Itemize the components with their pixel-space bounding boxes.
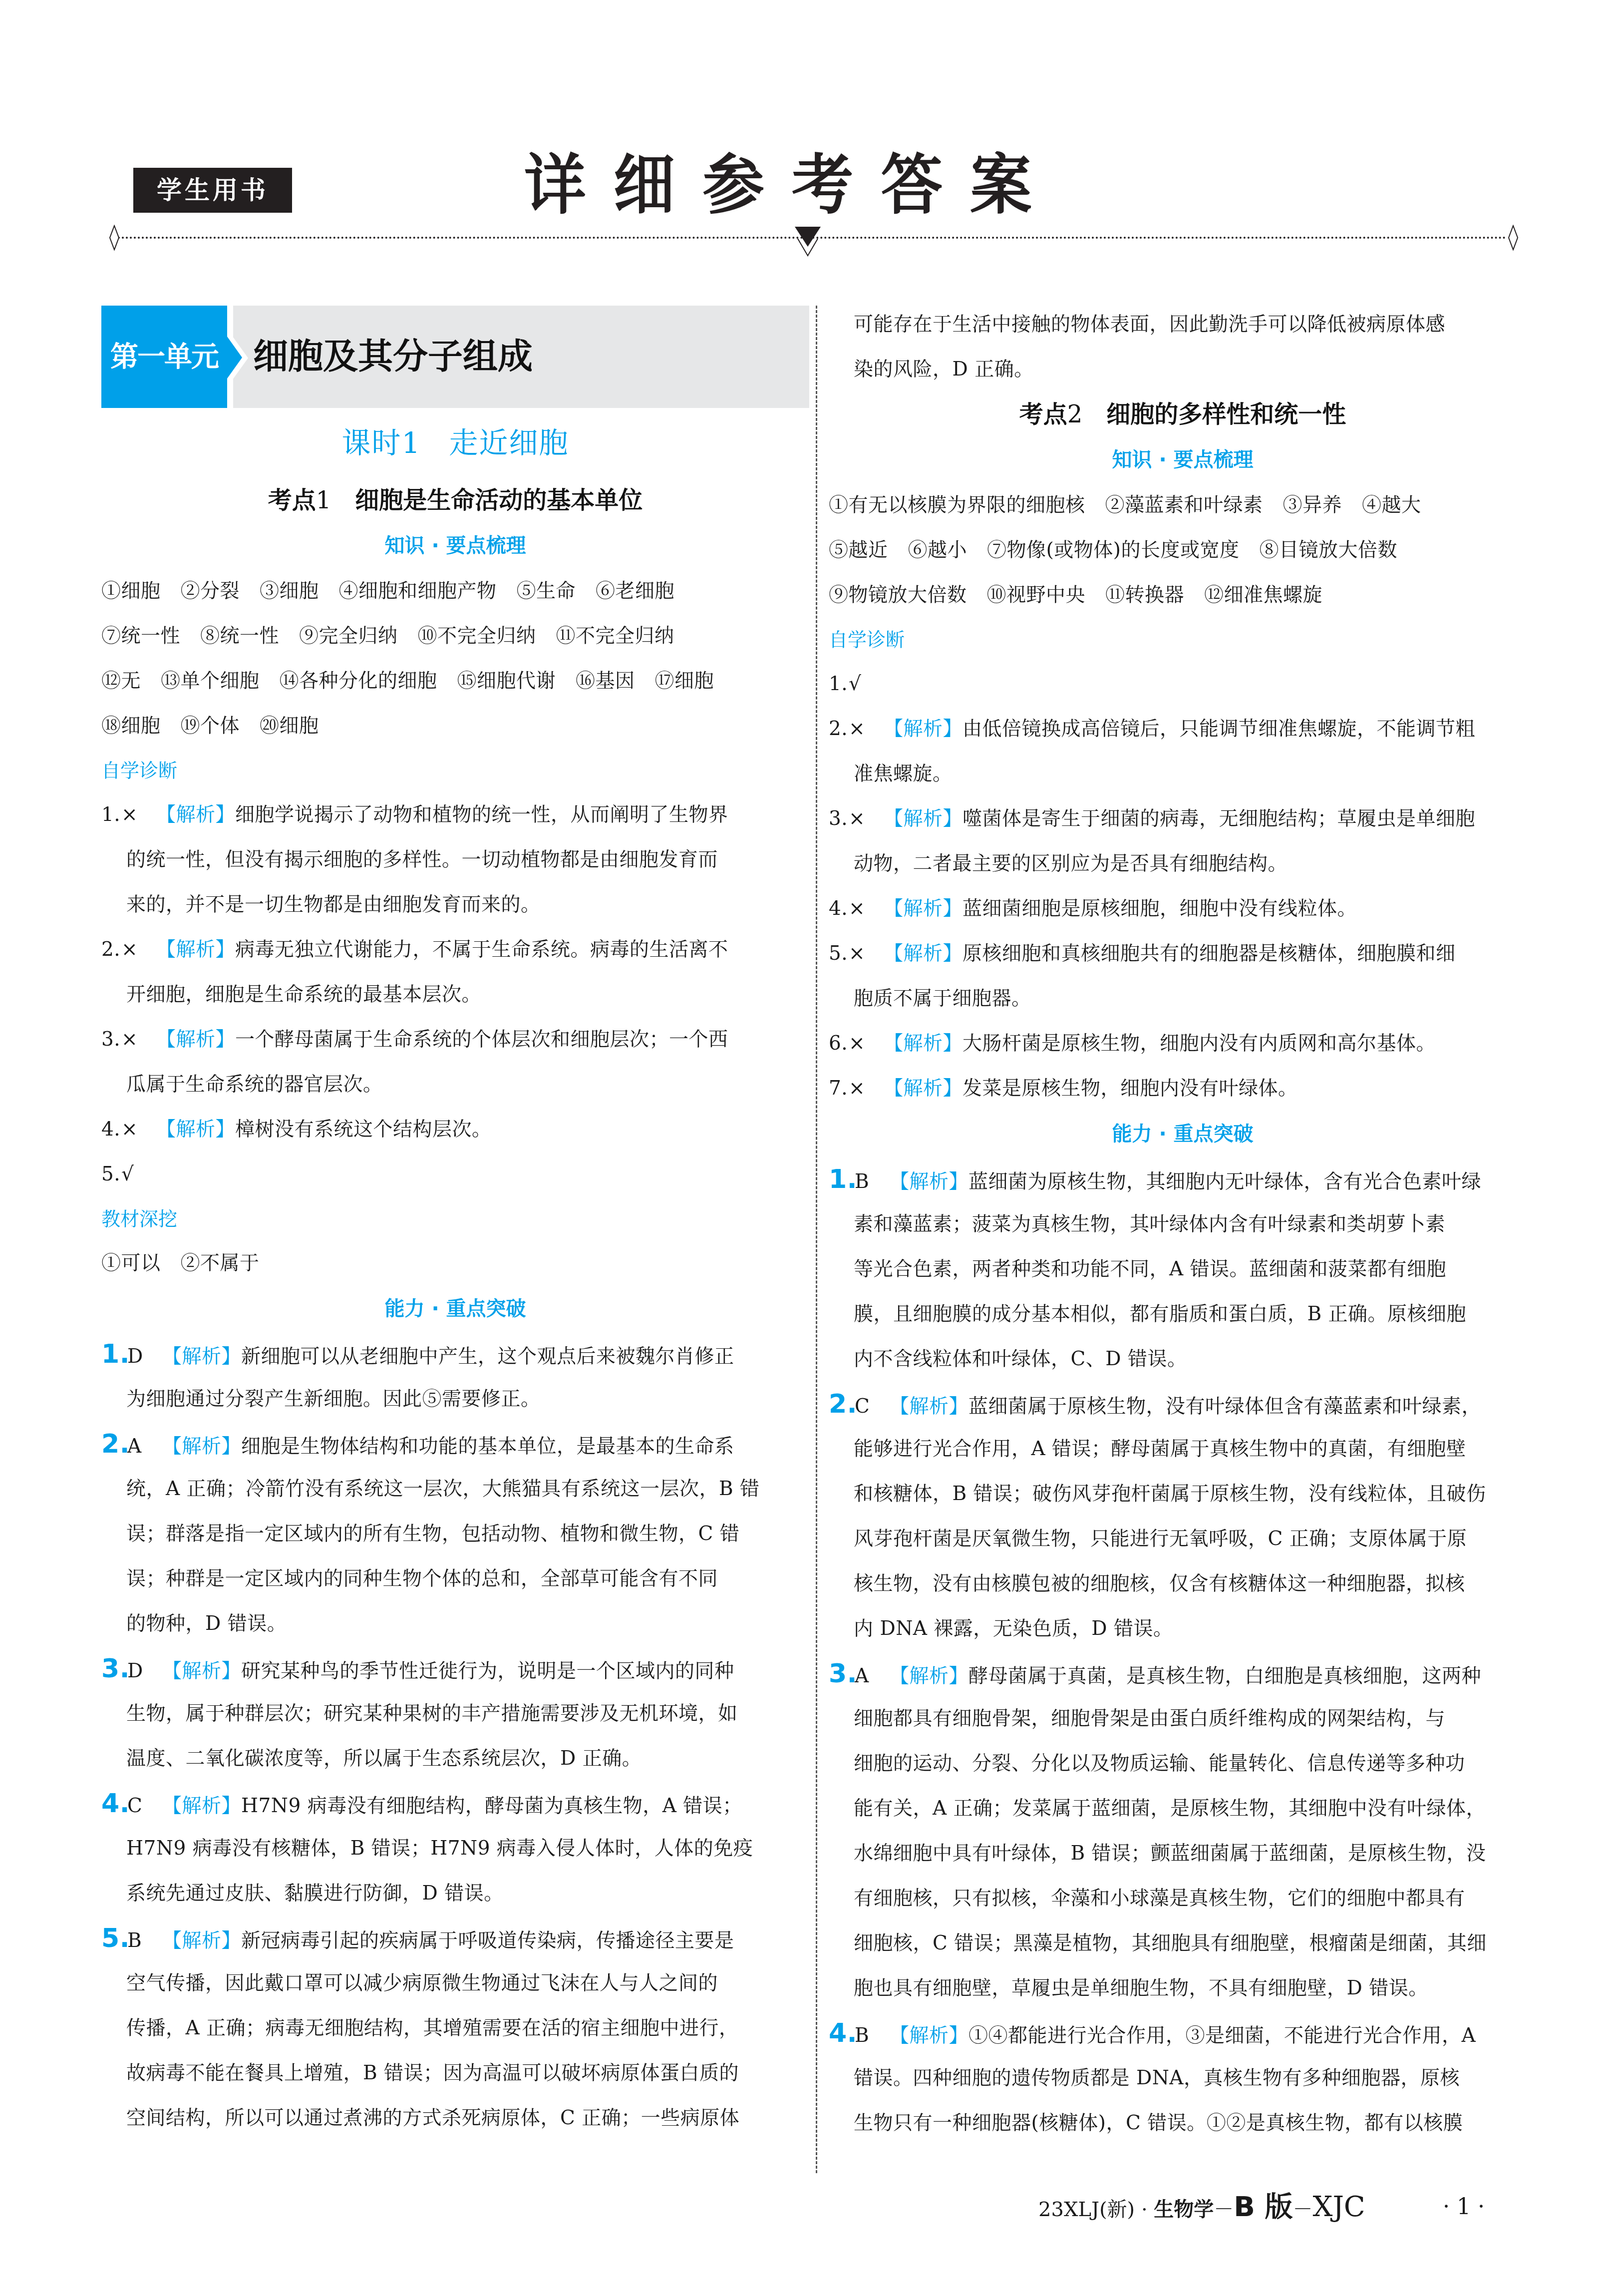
right-column: 可能存在于生活中接触的物体表面，因此勤洗手可以降低被病原体感 染的风险，D 正确… <box>829 302 1537 2146</box>
point-title: 考点2细胞的多样性和统一性 <box>829 392 1537 437</box>
analysis-text: ①④都能进行光合作用，③是细菌，不能进行光合作用，A <box>969 2024 1476 2047</box>
diamond-ornament-icon <box>109 225 120 251</box>
analysis-text: 故病毒不能在餐具上增殖，B 错误；因为高温可以破坏病原体蛋白质的 <box>101 2051 809 2096</box>
analysis-text: 噬菌体是寄生于细菌的病毒，无细胞结构；草履虫是单细胞 <box>963 807 1475 830</box>
knowledge-item: ⑩视野中央 <box>987 573 1086 618</box>
knowledge-item: ⑫细准焦螺旋 <box>1204 573 1322 618</box>
knowledge-heading: 知识 · 要点梳理 <box>101 523 809 569</box>
analysis-text: 系统先通过皮肤、黏膜进行防御，D 错误。 <box>101 1871 809 1916</box>
separator-dot: · <box>1141 2198 1148 2221</box>
textbook-line: ①可以 ②不属于 <box>101 1241 809 1286</box>
analysis-text: 细胞学说揭示了动物和植物的统一性，从而阐明了生物界 <box>235 803 728 826</box>
unit-tag-label: 第一单元 <box>110 341 218 373</box>
left-column: 第一单元 细胞及其分子组成 课时1走近细胞 考点1细胞是生命活动的基本单位 知识… <box>101 306 809 2141</box>
knowledge-heading: 知识 · 要点梳理 <box>829 437 1537 483</box>
analysis-text: 可能存在于生活中接触的物体表面，因此勤洗手可以降低被病原体感 <box>829 302 1537 347</box>
analysis-text: 新细胞可以从老细胞中产生，这个观点后来被魏尔肖修正 <box>241 1345 734 1368</box>
edition-label: B 版 <box>1234 2191 1293 2223</box>
point-number: 2 <box>1067 400 1083 428</box>
analysis-text: 蓝细菌细胞是原核细胞，细胞中没有线粒体。 <box>963 897 1357 920</box>
knowledge-item: ④越大 <box>1362 483 1421 528</box>
ability-item: 2.A【解析】细胞是生物体结构和功能的基本单位，是最基本的生命系 统，A 正确；… <box>101 1422 809 1646</box>
analysis-text: 发菜是原核生物，细胞内没有叶绿体。 <box>963 1077 1298 1100</box>
textbook-item: ①可以 <box>101 1241 161 1286</box>
question-number: 7. <box>829 1066 849 1111</box>
knowledge-item: ②藻蓝素和叶绿素 <box>1105 483 1263 528</box>
answer-choice: A <box>127 1424 162 1467</box>
analysis-tag: 【解析】 <box>890 2024 969 2047</box>
self-diagnosis-item: 1.√ <box>829 662 1537 707</box>
analysis-tag: 【解析】 <box>156 1118 235 1141</box>
analysis-text: 能够进行光合作用，A 错误；酵母菌属于真核生物中的真菌，有细胞壁 <box>829 1427 1537 1472</box>
self-diagnosis-item: 5.×【解析】原核细胞和真核细胞共有的细胞器是核糖体，细胞膜和细 胞质不属于细胞… <box>829 931 1537 1021</box>
question-number: 2. <box>101 1422 127 1467</box>
analysis-tag: 【解析】 <box>884 807 963 830</box>
question-number: 1. <box>829 1157 855 1202</box>
analysis-tag: 【解析】 <box>890 1395 969 1418</box>
judgement-mark: √ <box>849 673 861 695</box>
question-number: 3. <box>829 1651 855 1696</box>
answer-choice: B <box>127 1918 162 1961</box>
ability-item: 1.D【解析】新细胞可以从老细胞中产生，这个观点后来被魏尔肖修正 为细胞通过分裂… <box>101 1332 809 1422</box>
analysis-text: 研究某种鸟的季节性迁徙行为，说明是一个区域内的同种 <box>241 1660 734 1682</box>
analysis-tag: 【解析】 <box>162 1435 241 1458</box>
knowledge-item: ⑯基因 <box>576 659 635 704</box>
edition-suffix: XJC <box>1313 2191 1365 2223</box>
knowledge-item: ⑬单个细胞 <box>161 659 260 704</box>
knowledge-item: ⑥越小 <box>908 528 968 573</box>
question-number: 4. <box>829 886 849 931</box>
analysis-text: 为细胞通过分裂产生新细胞。因此⑤需要修正。 <box>101 1377 809 1422</box>
self-diagnosis-label: 自学诊断 <box>829 618 1537 662</box>
self-diagnosis-item: 5.√ <box>101 1152 809 1197</box>
analysis-text: 核生物，没有由核膜包被的细胞核，仅含有核糖体这一种细胞器，拟核 <box>829 1561 1537 1606</box>
analysis-text: 细胞核，C 错误；黑藻是植物，其细胞具有细胞壁，根瘤菌是细菌，其细 <box>829 1921 1537 1966</box>
unit-tag: 第一单元 <box>101 306 227 408</box>
knowledge-item: ④细胞和细胞产物 <box>339 569 497 614</box>
knowledge-item: ⑥老细胞 <box>596 569 674 614</box>
analysis-tag: 【解析】 <box>884 718 963 740</box>
point-name: 细胞是生命活动的基本单位 <box>355 486 643 514</box>
analysis-tag: 【解析】 <box>162 1929 241 1952</box>
lesson-prefix: 课时 <box>342 426 402 460</box>
page-number: · 1 · <box>1443 2190 1485 2225</box>
analysis-text: 一个酵母菌属于生命系统的个体层次和细胞层次；一个西 <box>235 1028 728 1051</box>
knowledge-item: ⑩不完全归纳 <box>418 614 536 659</box>
analysis-text: 空间结构，所以可以通过煮沸的方式杀死病原体，C 正确；一些病原体 <box>101 2096 809 2141</box>
ability-item: 3.A【解析】酵母菌属于真菌，是真核生物，白细胞是真核细胞，这两种 细胞都具有细… <box>829 1651 1537 2011</box>
ability-item: 4.C【解析】H7N9 病毒没有细胞结构，酵母菌为真核生物，A 错误； H7N9… <box>101 1781 809 1916</box>
self-diagnosis-item: 3.×【解析】一个酵母菌属于生命系统的个体层次和细胞层次；一个西 瓜属于生命系统… <box>101 1017 809 1107</box>
analysis-tag: 【解析】 <box>890 1665 969 1687</box>
analysis-text: 细胞是生物体结构和功能的基本单位，是最基本的生命系 <box>241 1435 734 1458</box>
textbook-dig-label: 教材深挖 <box>101 1197 809 1241</box>
point-number: 1 <box>316 486 331 514</box>
question-number: 1. <box>101 1332 127 1377</box>
footer-edition-code: 23XLJ(新) · 生物学－B 版－XJC <box>1038 2190 1365 2225</box>
analysis-text: 由低倍镜换成高倍镜后，只能调节细准焦螺旋，不能调节粗 <box>963 718 1475 740</box>
knowledge-item: ⑧统一性 <box>200 614 279 659</box>
analysis-text: 酵母菌属于真菌，是真核生物，白细胞是真核细胞，这两种 <box>969 1665 1481 1687</box>
ability-item: 3.D【解析】研究某种鸟的季节性迁徙行为，说明是一个区域内的同种 生物，属于种群… <box>101 1646 809 1781</box>
analysis-text: 和核糖体，B 错误；破伤风芽孢杆菌属于原核生物，没有线粒体，且破伤 <box>829 1472 1537 1517</box>
answer-choice: A <box>855 1654 890 1696</box>
question-number: 2. <box>829 1382 855 1427</box>
knowledge-item: ⑤生命 <box>517 569 576 614</box>
analysis-tag: 【解析】 <box>162 1660 241 1682</box>
knowledge-item: ⑲个体 <box>181 704 240 749</box>
analysis-tag: 【解析】 <box>162 1345 241 1368</box>
analysis-text: 胞也具有细胞壁，草履虫是单细胞生物，不具有细胞壁，D 错误。 <box>829 1966 1537 2011</box>
analysis-text: 内不含线粒体和叶绿体，C、D 错误。 <box>829 1337 1537 1382</box>
knowledge-item: ⑪转换器 <box>1105 573 1184 618</box>
analysis-tag: 【解析】 <box>156 1028 235 1051</box>
analysis-text: 新冠病毒引起的疾病属于呼吸道传染病，传播途径主要是 <box>241 1929 734 1952</box>
question-number: 6. <box>829 1021 849 1066</box>
analysis-text: 水绵细胞中具有叶绿体，B 错误；颤蓝细菌属于蓝细菌，是原核生物，没 <box>829 1831 1537 1876</box>
knowledge-item: ③细胞 <box>260 569 319 614</box>
answer-choice: C <box>855 1384 890 1427</box>
judgement-mark: × <box>849 931 884 976</box>
judgement-mark: × <box>849 1021 884 1066</box>
analysis-text: 细胞都具有细胞骨架，细胞骨架是由蛋白质纤维构成的网架结构，与 <box>829 1696 1537 1741</box>
subject-label: 生物学 <box>1154 2198 1214 2221</box>
knowledge-item: ⑨完全归纳 <box>299 614 398 659</box>
self-diagnosis-item: 2.×【解析】由低倍镜换成高倍镜后，只能调节细准焦螺旋，不能调节粗 准焦螺旋。 <box>829 707 1537 796</box>
ability-heading: 能力 · 重点突破 <box>101 1286 809 1332</box>
analysis-text: 错误。四种细胞的遗传物质都是 DNA，真核生物有多种细胞器，原核 <box>829 2056 1537 2101</box>
question-number: 4. <box>101 1781 127 1826</box>
judgement-mark: × <box>121 927 156 972</box>
ability-item: 1.B【解析】蓝细菌为原核生物，其细胞内无叶绿体，含有光合色素叶绿 素和藻蓝素；… <box>829 1157 1537 1382</box>
analysis-text: 误；种群是一定区域内的同种生物个体的总和，全部草可能含有不同 <box>101 1556 809 1601</box>
analysis-text: 开细胞，细胞是生命系统的最基本层次。 <box>101 972 809 1017</box>
knowledge-line: ①有无以核膜为界限的细胞核 ②藻蓝素和叶绿素 ③异养 ④越大 <box>829 483 1537 528</box>
judgement-mark: × <box>121 792 156 837</box>
analysis-text: 生物只有一种细胞器(核糖体)，C 错误。①②是真核生物，都有以核膜 <box>829 2101 1537 2146</box>
point-prefix: 考点 <box>268 486 316 514</box>
analysis-text: 原核细胞和真核细胞共有的细胞器是核糖体，细胞膜和细 <box>963 942 1456 965</box>
analysis-text: H7N9 病毒没有细胞结构，酵母菌为真核生物，A 错误； <box>241 1795 742 1817</box>
knowledge-line: ⑤越近 ⑥越小 ⑦物像(或物体)的长度或宽度 ⑧目镜放大倍数 <box>829 528 1537 573</box>
analysis-text: 细胞的运动、分裂、分化以及物质运输、能量转化、信息传递等多种功 <box>829 1741 1537 1786</box>
analysis-text: H7N9 病毒没有核糖体，B 错误；H7N9 病毒入侵人体时，人体的免疫 <box>101 1826 809 1871</box>
knowledge-item: ①细胞 <box>101 569 161 614</box>
ability-item: 5.B【解析】新冠病毒引起的疾病属于呼吸道传染病，传播途径主要是 空气传播，因此… <box>101 1916 809 2141</box>
analysis-text: 素和藻蓝素；菠菜为真核生物，其叶绿体内含有叶绿素和类胡萝卜素 <box>829 1202 1537 1247</box>
analysis-text: 温度、二氧化碳浓度等，所以属于生态系统层次，D 正确。 <box>101 1736 809 1781</box>
knowledge-item: ②分裂 <box>181 569 240 614</box>
analysis-text: 动物，二者最主要的区别应为是否具有细胞结构。 <box>829 841 1537 886</box>
question-number: 2. <box>829 707 849 752</box>
judgement-mark: × <box>849 886 884 931</box>
analysis-text: 染的风险，D 正确。 <box>829 347 1537 392</box>
analysis-text: 蓝细菌属于原核生物，没有叶绿体但含有藻蓝素和叶绿素， <box>969 1395 1481 1418</box>
analysis-text: 樟树没有系统这个结构层次。 <box>235 1118 492 1141</box>
knowledge-line: ⑫无 ⑬单个细胞 ⑭各种分化的细胞 ⑮细胞代谢 ⑯基因 ⑰细胞 <box>101 659 809 704</box>
question-number: 4. <box>101 1107 121 1152</box>
judgement-mark: × <box>849 1066 884 1111</box>
analysis-tag: 【解析】 <box>162 1795 241 1817</box>
point-name: 细胞的多样性和统一性 <box>1106 400 1346 428</box>
student-book-badge: 学生用书 <box>133 168 292 213</box>
answer-choice: B <box>855 1159 890 1202</box>
question-number: 5. <box>829 931 849 976</box>
analysis-tag: 【解析】 <box>884 1032 963 1055</box>
answer-choice: B <box>855 2013 890 2056</box>
analysis-text: 病毒无独立代谢能力，不属于生命系统。病毒的生活离不 <box>235 938 728 961</box>
point-prefix: 考点 <box>1019 400 1067 428</box>
knowledge-item: ①有无以核膜为界限的细胞核 <box>829 483 1085 528</box>
knowledge-item: ⑧目镜放大倍数 <box>1259 528 1397 573</box>
judgement-mark: × <box>121 1017 156 1062</box>
point-title: 考点1细胞是生命活动的基本单位 <box>101 478 809 523</box>
self-diagnosis-item: 6.×【解析】大肠杆菌是原核生物，细胞内没有内质网和高尔基体。 <box>829 1021 1537 1066</box>
analysis-tag: 【解析】 <box>156 938 235 961</box>
analysis-tag: 【解析】 <box>884 942 963 965</box>
judgement-mark: × <box>121 1107 156 1152</box>
knowledge-item: ⑤越近 <box>829 528 888 573</box>
self-diagnosis-item: 7.×【解析】发菜是原核生物，细胞内没有叶绿体。 <box>829 1066 1537 1111</box>
unit-banner: 第一单元 细胞及其分子组成 <box>101 306 809 408</box>
question-number: 3. <box>101 1017 121 1062</box>
analysis-text: 传播，A 正确；病毒无细胞结构，其增殖需要在活的宿主细胞中进行， <box>101 2006 809 2051</box>
analysis-text: 误；群落是指一定区域内的所有生物，包括动物、植物和微生物，C 错 <box>101 1512 809 1556</box>
analysis-tag: 【解析】 <box>884 897 963 920</box>
ability-item: 4.B【解析】①④都能进行光合作用，③是细菌，不能进行光合作用，A 错误。四种细… <box>829 2011 1537 2146</box>
analysis-text: 能有关，A 正确；发菜属于蓝细菌，是原核生物，其细胞中没有叶绿体， <box>829 1786 1537 1831</box>
self-diagnosis-item: 4.×【解析】蓝细菌细胞是原核细胞，细胞中没有线粒体。 <box>829 886 1537 931</box>
question-number: 4. <box>829 2011 855 2056</box>
knowledge-item: ⑰细胞 <box>655 659 714 704</box>
knowledge-item: ⑦统一性 <box>101 614 180 659</box>
analysis-text: 蓝细菌为原核生物，其细胞内无叶绿体，含有光合色素叶绿 <box>969 1170 1481 1193</box>
knowledge-line: ⑱细胞 ⑲个体 ⑳细胞 <box>101 704 809 749</box>
analysis-tag: 【解析】 <box>884 1077 963 1100</box>
knowledge-line: ⑨物镜放大倍数 ⑩视野中央 ⑪转换器 ⑫细准焦螺旋 <box>829 573 1537 618</box>
separator-dash: － <box>1293 2198 1313 2221</box>
knowledge-line: ⑦统一性 ⑧统一性 ⑨完全归纳 ⑩不完全归纳 ⑪不完全归纳 <box>101 614 809 659</box>
knowledge-item: ⑦物像(或物体)的长度或宽度 <box>987 528 1239 573</box>
knowledge-item: ⑪不完全归纳 <box>556 614 674 659</box>
judgement-mark: √ <box>121 1163 134 1185</box>
self-diagnosis-item: 3.×【解析】噬菌体是寄生于细菌的病毒，无细胞结构；草履虫是单细胞 动物，二者最… <box>829 796 1537 886</box>
analysis-text: 准焦螺旋。 <box>829 752 1537 796</box>
answer-choice: D <box>127 1649 162 1691</box>
analysis-tag: 【解析】 <box>156 803 235 826</box>
analysis-text: 内 DNA 裸露，无染色质，D 错误。 <box>829 1606 1537 1651</box>
column-divider <box>816 306 817 2173</box>
self-diagnosis-item: 2.×【解析】病毒无独立代谢能力，不属于生命系统。病毒的生活离不 开细胞，细胞是… <box>101 927 809 1017</box>
question-number: 2. <box>101 927 121 972</box>
self-diagnosis-label: 自学诊断 <box>101 749 809 792</box>
lesson-name: 走近细胞 <box>449 426 569 460</box>
analysis-text: 生物，属于种群层次；研究某种果树的丰产措施需要涉及无机环境，如 <box>101 1691 809 1736</box>
analysis-text: 空气传播，因此戴口罩可以减少病原微生物通过飞沫在人与人之间的 <box>101 1961 809 2006</box>
question-number: 1. <box>101 792 121 837</box>
unit-title: 细胞及其分子组成 <box>233 306 809 408</box>
chevron-right-icon <box>227 337 242 379</box>
analysis-tag: 【解析】 <box>890 1170 969 1193</box>
question-number: 5. <box>101 1152 121 1197</box>
judgement-mark: × <box>849 707 884 752</box>
diamond-ornament-icon <box>1508 225 1519 251</box>
lesson-number: 1 <box>402 426 421 460</box>
self-diagnosis-item: 1.×【解析】细胞学说揭示了动物和植物的统一性，从而阐明了生物界 的统一性，但没… <box>101 792 809 927</box>
analysis-text: 风芽孢杆菌是厌氧微生物，只能进行无氧呼吸，C 正确；支原体属于原 <box>829 1517 1537 1561</box>
book-code: 23XLJ(新) <box>1038 2198 1135 2221</box>
analysis-text: 的统一性，但没有揭示细胞的多样性。一切动植物都是由细胞发育而 <box>101 837 809 882</box>
separator-dash: － <box>1214 2198 1234 2221</box>
knowledge-item: ⑳细胞 <box>260 704 319 749</box>
textbook-item: ②不属于 <box>181 1241 260 1286</box>
analysis-text: 来的，并不是一切生物都是由细胞发育而来的。 <box>101 882 809 927</box>
question-number: 3. <box>101 1646 127 1691</box>
knowledge-item: ⑮细胞代谢 <box>457 659 556 704</box>
knowledge-line: ①细胞 ②分裂 ③细胞 ④细胞和细胞产物 ⑤生命 ⑥老细胞 <box>101 569 809 614</box>
knowledge-item: ⑭各种分化的细胞 <box>280 659 437 704</box>
analysis-text: 膜，且细胞膜的成分基本相似，都有脂质和蛋白质，B 正确。原核细胞 <box>829 1292 1537 1337</box>
analysis-text: 大肠杆菌是原核生物，细胞内没有内质网和高尔基体。 <box>963 1032 1436 1055</box>
lesson-title: 课时1走近细胞 <box>101 408 809 478</box>
ability-item: 2.C【解析】蓝细菌属于原核生物，没有叶绿体但含有藻蓝素和叶绿素， 能够进行光合… <box>829 1382 1537 1651</box>
judgement-mark: × <box>849 796 884 841</box>
knowledge-item: ⑫无 <box>101 659 141 704</box>
knowledge-item: ⑱细胞 <box>101 704 161 749</box>
analysis-text: 有细胞核，只有拟核，伞藻和小球藻是真核生物，它们的细胞中都具有 <box>829 1876 1537 1921</box>
knowledge-item: ③异养 <box>1283 483 1342 528</box>
triangle-marker-icon <box>793 226 823 261</box>
analysis-text: 胞质不属于细胞器。 <box>829 976 1537 1021</box>
question-number: 3. <box>829 796 849 841</box>
question-number: 5. <box>101 1916 127 1961</box>
knowledge-item: ⑨物镜放大倍数 <box>829 573 967 618</box>
ability-heading: 能力 · 重点突破 <box>829 1111 1537 1157</box>
question-number: 1. <box>829 662 849 707</box>
analysis-text: 的物种，D 错误。 <box>101 1601 809 1646</box>
analysis-text: 等光合色素，两者种类和功能不同，A 错误。蓝细菌和菠菜都有细胞 <box>829 1247 1537 1292</box>
page-title: 详细参考答案 <box>524 140 1093 230</box>
answer-choice: D <box>127 1334 162 1377</box>
analysis-text: 瓜属于生命系统的器官层次。 <box>101 1062 809 1107</box>
answer-choice: C <box>127 1784 162 1826</box>
analysis-text: 统，A 正确；冷箭竹没有系统这一层次，大熊猫具有系统这一层次，B 错 <box>101 1467 809 1512</box>
self-diagnosis-item: 4.×【解析】樟树没有系统这个结构层次。 <box>101 1107 809 1152</box>
